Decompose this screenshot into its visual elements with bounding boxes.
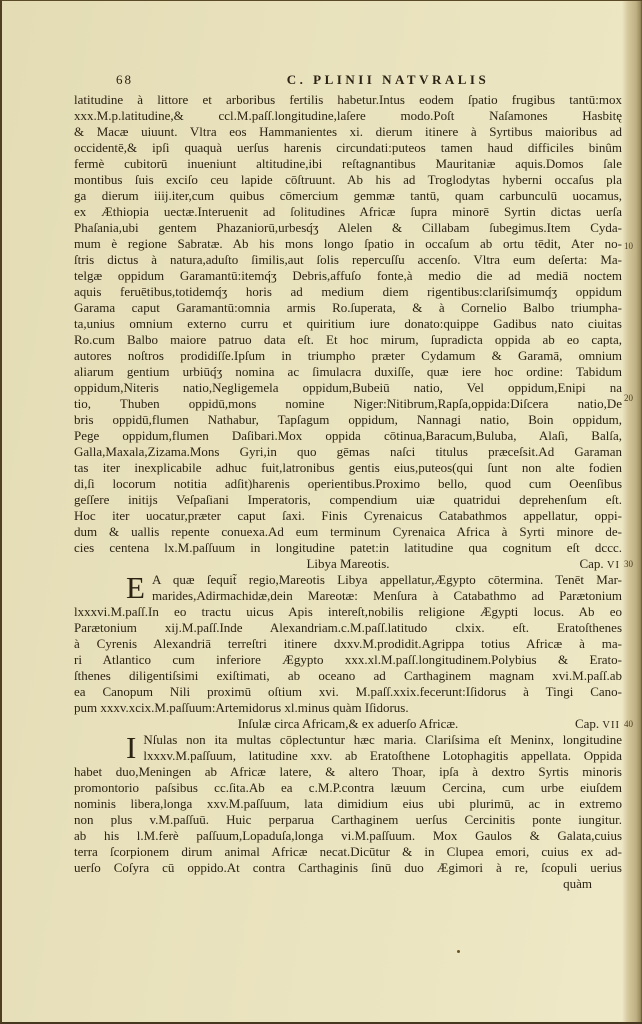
page-edge-shadow <box>622 1 642 1024</box>
text-line: aquis feruētibus,totidemq́ʒ horis ad med… <box>74 284 622 300</box>
text-line: Pege oppidum,flumen Daſibari.Mox oppida … <box>74 428 622 444</box>
text-line: Galla,Maxala,Zizama.Mons Gyri,in quo gēm… <box>74 444 622 460</box>
text-line: occidentē,& ipſi quaquà uerſus harenis c… <box>74 140 622 156</box>
text-line: lxxxvi.M.paſſ.In eo tractu uicus Apis in… <box>74 604 622 620</box>
drop-cap-i: I <box>126 734 136 761</box>
text-line: ea Canopum Nili proximū oſtium xvi. M.pa… <box>74 684 622 700</box>
text-line: uerſo Coſyra cū oppido.At contra Carthag… <box>74 860 622 876</box>
paragraph-continuation: latitudine à littore et arboribus fertil… <box>74 92 622 556</box>
text-line: oppidum,Niteris natio,Negligemela oppidu… <box>74 380 622 396</box>
text-line: A quæ ſequit̃ regio,Mareotis Libya appel… <box>74 572 622 588</box>
catchword: quàm <box>74 876 622 892</box>
margin-line-number: 10 <box>624 241 633 251</box>
text-line: Parætonium xij.M.paſſ.Inde Alexandriam.c… <box>74 620 622 636</box>
text-line: ta,unius omnium externo curru et quiriti… <box>74 316 622 332</box>
cap-label: Cap. <box>575 716 599 731</box>
ink-spot <box>457 950 460 953</box>
text-line: ab his l.M.ferè paſſuum,Lopaduſa,longa v… <box>74 828 622 844</box>
cap-label: Cap. <box>579 556 603 571</box>
book-page: 68 C. PLINII NATVRALIS latitudine à litt… <box>0 0 642 1024</box>
chapter-7-heading: Inſulæ circa Africam,& ex aduerſo Africæ… <box>74 716 622 732</box>
text-line: montibus ſuis exciſo ceu lapide cōſtruun… <box>74 172 622 188</box>
text-line: marides,Adirmachidæ,dein Mareotæ: Menſur… <box>74 588 622 604</box>
margin-line-number: 40 <box>624 719 633 729</box>
text-block: latitudine à littore et arboribus fertil… <box>74 92 622 892</box>
text-line: ri Atlantico cum inferiore Ægypto xxx.xl… <box>74 652 622 668</box>
chapter-6-number: Cap. VI <box>579 556 620 574</box>
chapter-7-number: Cap. VII <box>575 716 620 734</box>
text-line: geſſere initijs Veſpaſiani Imperatoris, … <box>74 492 622 508</box>
cap-numeral: VII <box>602 720 620 731</box>
text-line: habet duo,Meningen ab Africæ latere, & a… <box>74 764 622 780</box>
text-line: Phaſania,ubi gentem Phazaniorū,urbesq́ʒ … <box>74 220 622 236</box>
text-line: di,ſi locorum notitia adſit)harenis oper… <box>74 476 622 492</box>
text-line: fermè cubitorū inueniunt altitudine,ibi … <box>74 156 622 172</box>
margin-line-number: 30 <box>624 559 633 569</box>
text-line: dum & uallis repente conuexa.Ad eum term… <box>74 524 622 540</box>
text-line: mum è regione Sabratæ. Ab his mons longo… <box>74 236 622 252</box>
chapter-6-paragraph: E A quæ ſequit̃ regio,Mareotis Libya app… <box>74 572 622 716</box>
text-line: ga dierum iiij.iter,cum quibus cōmercium… <box>74 188 622 204</box>
chapter-6-heading-row: Libya Mareotis. Cap. VI <box>74 556 622 572</box>
chapter-7-paragraph: I Nſulas non ita multas cōplectuntur hæc… <box>74 732 622 876</box>
running-title: C. PLINII NATVRALIS <box>74 72 622 88</box>
text-line: bris oppidū,flumen Nathabur, Tapſagum op… <box>74 412 622 428</box>
text-line: aliarum gentium urbiūq́ʒ nomina ac ſimul… <box>74 364 622 380</box>
text-line: cies centena lx.M.paſſuum in longitudine… <box>74 540 622 556</box>
text-line: pum xxxv.xcix.M.paſſuum:Artemidorus xl.m… <box>74 700 622 716</box>
text-line: tas iter inexplicabile adhuc fuit,latron… <box>74 460 622 476</box>
chapter-7-lines: Nſulas non ita multas cōplectuntur hæc m… <box>74 732 622 876</box>
text-line: à Cyrenis Alexandriā terreſtri itinere d… <box>74 636 622 652</box>
text-line: promontorio paſsibus cc.ſita.Ab ea c.M.P… <box>74 780 622 796</box>
text-line: terra ſcorpionem dirum animal Africæ nec… <box>74 844 622 860</box>
cap-numeral: VI <box>607 560 620 571</box>
text-line: Ro.cum Balbo maiore patruo data eſt. Et … <box>74 332 622 348</box>
text-line: Garama caput Garamantū:omnia armis Ro.ſu… <box>74 300 622 316</box>
margin-line-number: 20 <box>624 393 633 403</box>
page-header: 68 C. PLINII NATVRALIS <box>74 72 622 88</box>
text-line: & Macæ uiuunt. Vltra eos Hammanientes xi… <box>74 124 622 140</box>
text-line: lxxxv.M.paſſuum, latitudine xxv. ab Erat… <box>74 748 622 764</box>
text-line: ſthenes diligentiſsimi exiſtimati, ab oc… <box>74 668 622 684</box>
text-line: xxx.M.p.latitudine,& ccl.M.paſſ.longitud… <box>74 108 622 124</box>
text-line: Hoc iter uocatur,præter caput ſaxi. Fini… <box>74 508 622 524</box>
chapter-6-lines: A quæ ſequit̃ regio,Mareotis Libya appel… <box>74 572 622 716</box>
text-line: latitudine à littore et arboribus fertil… <box>74 92 622 108</box>
drop-cap-e: E <box>126 574 145 601</box>
text-line: tio, Thuben oppidū,mons nomine Niger:Nit… <box>74 396 622 412</box>
text-line: ſtris dictus à natura,aduſto ſimilis,aut… <box>74 252 622 268</box>
text-line: nominis libera,longa xxv.M.paſſuum, lata… <box>74 796 622 812</box>
text-line: autores noſtros prodidiſſe.Ipſum in triu… <box>74 348 622 364</box>
text-line: non plus v.M.paſſuū. Huic perparua Carth… <box>74 812 622 828</box>
text-line: Nſulas non ita multas cōplectuntur hæc m… <box>74 732 622 748</box>
chapter-7-heading-row: Inſulæ circa Africam,& ex aduerſo Africæ… <box>74 716 622 732</box>
text-line: ex Æthiopia uectæ.Interuenit ad ſolitudi… <box>74 204 622 220</box>
text-line: telgæ oppidum Garamantū:itemq́ʒ Debris,a… <box>74 268 622 284</box>
chapter-6-heading: Libya Mareotis. <box>74 556 622 572</box>
